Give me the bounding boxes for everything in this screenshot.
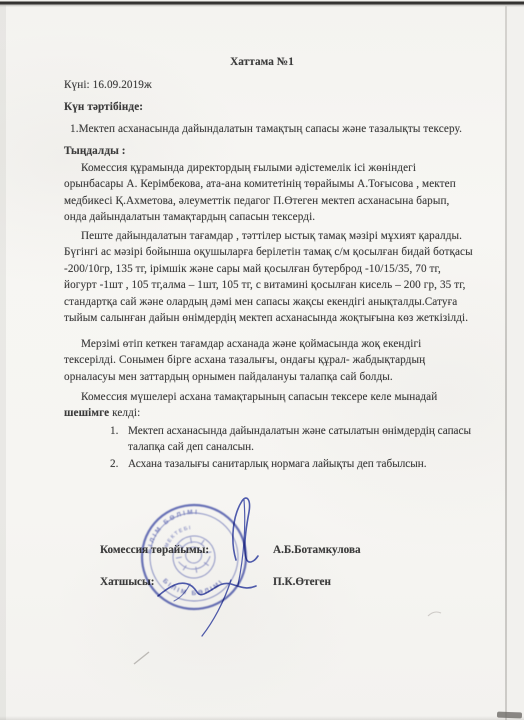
- paragraph-commission: Комессия құрамында директордың ғылыми әд…: [64, 160, 474, 226]
- secretary-signature: [158, 580, 256, 636]
- decision-list: 1. Мектеп асханасында дайындалатын және …: [110, 423, 474, 472]
- decision-item: 2. Асхана тазалығы санитарлық нормага ла…: [110, 456, 474, 472]
- decision-number: 2.: [110, 456, 128, 472]
- agenda-heading: Күн тәртібінде:: [64, 99, 474, 115]
- scan-bottom-edge-shadow: [0, 716, 524, 720]
- conclusion-text-start: Комессия мүшелері асхана тамақтарының са…: [81, 391, 437, 403]
- decision-text: Асхана тазалығы санитарлық нормага лайық…: [128, 456, 427, 472]
- agenda-item: 1.Мектеп асханасында дайындалатын тамақт…: [64, 121, 480, 137]
- scan-left-edge-shadow: [0, 5, 6, 720]
- heard-heading: Тыңдалды :: [64, 143, 474, 159]
- chair-signature: [233, 498, 258, 585]
- paragraph-conclusion: Комессия мүшелері асхана тамақтарының са…: [64, 389, 474, 422]
- document-title: Хаттама №1: [0, 54, 524, 70]
- decision-text: Мектеп асханасында дайындалатын және сат…: [128, 423, 474, 456]
- scan-top-edge: [0, 0, 524, 7]
- scanned-protocol-document: Хаттама №1 Күні: 16.09.2019ж Күн тәртібі…: [0, 0, 524, 720]
- ink-signatures: [130, 480, 310, 660]
- scan-right-edge-shadow: [505, 5, 507, 720]
- decision-item: 1. Мектеп асханасында дайындалатын және …: [110, 423, 474, 456]
- date-line: Күні: 16.09.2019ж: [64, 77, 474, 93]
- paragraph-inspection: Пеште дайындалатын тағамдар , тәттілер ы…: [64, 228, 474, 326]
- decision-number: 1.: [110, 423, 128, 456]
- conclusion-bold-word: шешімге: [64, 407, 109, 419]
- conclusion-text-end: келді:: [109, 407, 140, 419]
- paragraph-expiry: Мерзімі өтіп кеткен тағамдар асханада жә…: [64, 336, 474, 385]
- faint-pencil-squiggle: [428, 612, 441, 616]
- scan-right-margin: [507, 5, 524, 720]
